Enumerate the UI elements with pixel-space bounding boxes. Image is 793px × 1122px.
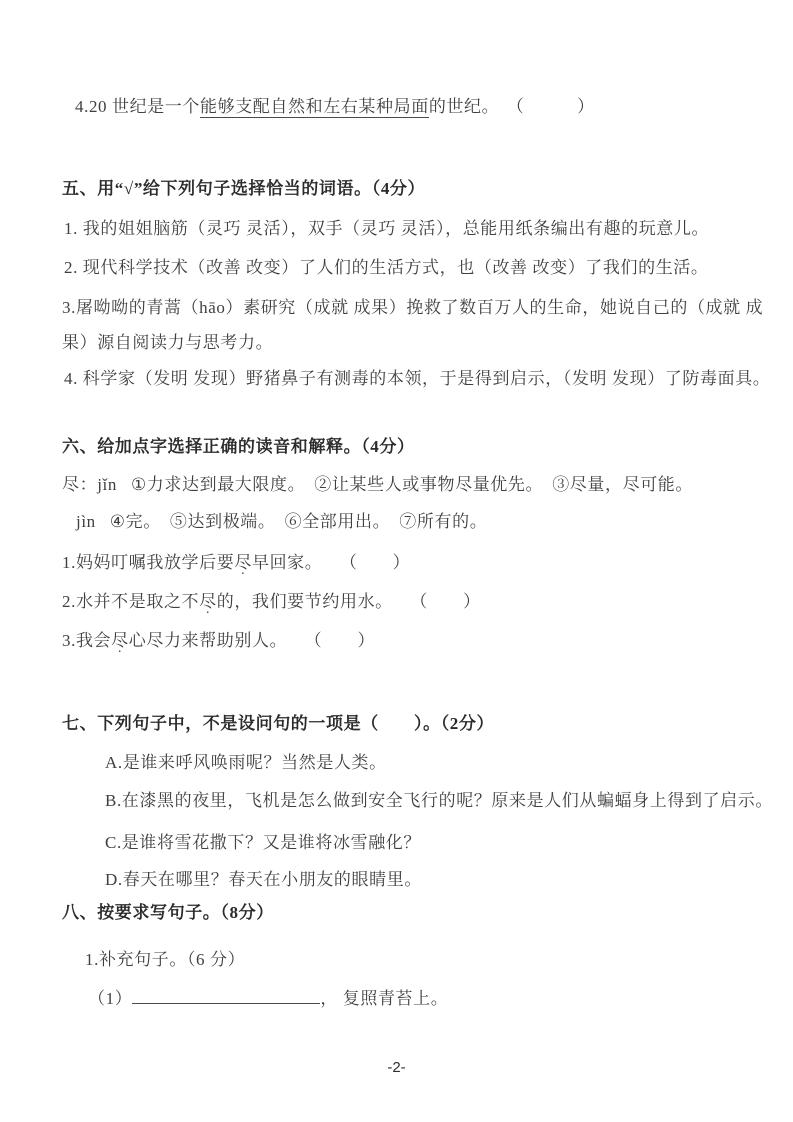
- section7-option-a: A.是谁来呼风唤雨呢？当然是人类。: [105, 753, 387, 773]
- section6-item-3-post: 心尽力来帮助别人。: [129, 631, 287, 650]
- section7-option-c: C.是谁将雪花撒下？又是谁将冰雪融化？: [105, 833, 421, 853]
- section6-item-3-answer-blank: （ ）: [313, 631, 375, 650]
- section8-fill-1-number: （1）: [88, 989, 132, 1008]
- section8-fill-1-post: ， 复照青苔上。: [320, 989, 448, 1008]
- section6-item-1: 1.妈妈叮嘱我放学后要尽早回家。（ ）: [62, 553, 410, 573]
- section7-title: 七、下列句子中，不是设问句的一项是（ ）。（2分）: [62, 714, 494, 734]
- section6-definitions-2: ④完。 ⑤达到极端。 ⑥全部用出。 ⑦所有的。: [110, 512, 488, 531]
- section6-pronunciation-line-2: jìn④完。 ⑤达到极端。 ⑥全部用出。 ⑦所有的。: [76, 512, 487, 532]
- section5-item-4: 4. 科学家（发明 发现）野猪鼻子有测毒的本领，于是得到启示，（发明 发现）了防…: [64, 369, 770, 389]
- question-4: 4.20 世纪是一个能够支配自然和左右某种局面的世纪。（ ）: [75, 97, 595, 117]
- section8-sub-1: 1.补充句子。（6 分）: [85, 950, 245, 970]
- section5-item-1: 1. 我的姐姐脑筋（灵巧 灵活），双手（灵巧 灵活），总能用纸条编出有趣的玩意儿…: [64, 219, 709, 239]
- section6-item-3: 3.我会尽心尽力来帮助别人。（ ）: [62, 631, 375, 651]
- section6-pronunciation-line-1: 尽：jǐn①力求达到最大限度。 ②让某些人或事物尽量优先。 ③尽量，尽可能。: [62, 475, 693, 495]
- section6-item-2: 2.水并不是取之不尽的，我们要节约用水。（ ）: [62, 592, 481, 612]
- section6-item-2-dotted-char: 尽: [199, 592, 217, 612]
- section5-item-2: 2. 现代科学技术（改善 改变）了人们的生活方式，也（改善 改变）了我们的生活。: [64, 258, 709, 278]
- section7-option-b: B.在漆黑的夜里，飞机是怎么做到安全飞行的呢？原来是人们从蝙蝠身上得到了启示。: [105, 791, 773, 811]
- section6-entry-word: 尽：: [62, 475, 97, 494]
- section6-item-1-dotted-char: 尽: [234, 553, 252, 573]
- section6-pinyin-jin3: jǐn: [97, 475, 117, 494]
- section6-item-2-answer-blank: （ ）: [419, 592, 481, 611]
- section6-item-1-answer-blank: （ ）: [348, 553, 410, 572]
- exam-page: 4.20 世纪是一个能够支配自然和左右某种局面的世纪。（ ） 五、用“√”给下列…: [0, 0, 793, 1122]
- section6-item-3-pre: 3.我会: [62, 631, 111, 650]
- question-4-prefix: 4.20 世纪是一个: [75, 97, 200, 116]
- section6-item-1-post: 早回家。: [252, 553, 322, 572]
- section6-item-3-dotted-char: 尽: [111, 631, 129, 651]
- section5-title: 五、用“√”给下列句子选择恰当的词语。（4分）: [62, 179, 425, 199]
- section6-item-2-post: 的，我们要节约用水。: [217, 592, 393, 611]
- question-4-underlined-phrase: 能够支配自然和左右某种局面: [200, 97, 429, 118]
- page-number: -2-: [0, 1059, 793, 1076]
- section5-item-3: 3.屠呦呦的青蒿（hāo）素研究（成就 成果）挽救了数百万人的生命，她说自己的（…: [62, 290, 776, 360]
- question-4-answer-blank: （ ）: [515, 97, 595, 116]
- section6-definitions-1: ①力求达到最大限度。 ②让某些人或事物尽量优先。 ③尽量，尽可能。: [131, 475, 693, 494]
- section6-item-1-pre: 1.妈妈叮嘱我放学后要: [62, 553, 234, 572]
- section8-fill-1: （1）， 复照青苔上。: [88, 986, 448, 1009]
- section7-option-d: D.春天在哪里？春天在小朋友的眼睛里。: [105, 870, 422, 890]
- section8-title: 八、按要求写句子。（8分）: [62, 903, 274, 923]
- section6-title: 六、给加点字选择正确的读音和解释。（4分）: [62, 437, 415, 457]
- question-4-suffix: 的世纪。: [429, 97, 499, 116]
- section8-fill-1-blank-line: [132, 986, 320, 1004]
- section6-item-2-pre: 2.水并不是取之不: [62, 592, 199, 611]
- section6-pinyin-jin4: jìn: [76, 512, 96, 531]
